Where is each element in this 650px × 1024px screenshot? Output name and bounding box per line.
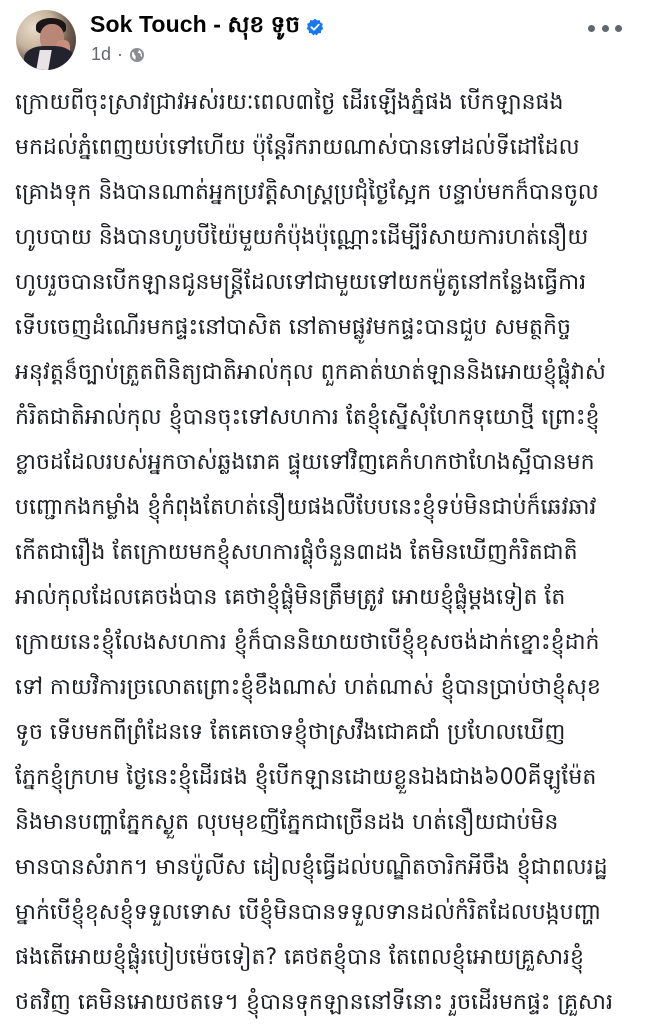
post-text-line: ហូបរួចបានបើកឡានជូនមន្រ្តីដែលទៅជាមួយទៅយកម… bbox=[15, 260, 640, 305]
post-text-line: ម្នាក់បើខ្ញុំខុសខ្ញុំទទួលទោស បើខ្ញុំមិនប… bbox=[15, 890, 640, 935]
more-horizontal-icon-dot bbox=[588, 25, 595, 32]
post-text-line: ថតវិញ គេមិនអោយថតទេ។ ខ្ញុំបានទុកឡាននៅទីនោ… bbox=[15, 980, 640, 1024]
post-text-line: ហូបបាយ និងបានហូបបីយ៉ៃមួយកំប៉ុងប៉ុណ្ណោះដើ… bbox=[15, 215, 640, 260]
more-horizontal-icon-dot bbox=[615, 25, 622, 32]
post-text-line: ក្រោយនេះខ្ញុំលែងសហការ ខ្ញុំក៏បាននិយាយថាប… bbox=[15, 620, 640, 665]
avatar[interactable] bbox=[16, 10, 76, 70]
author-name[interactable]: Sok Touch - សុខ ទូច bbox=[90, 11, 300, 44]
post-timestamp[interactable]: 1d bbox=[91, 44, 111, 65]
post-text-line: និងមានបញ្ហាភ្នែកស្ងួត លុបមុខញីភ្នែកជាច្រ… bbox=[15, 800, 640, 845]
globe-icon[interactable] bbox=[129, 47, 145, 63]
post-text-line: បញ្ជោកងកម្លាំង ខ្ញុំកំពុងតែហត់នឿយផងលឺបែប… bbox=[15, 485, 640, 530]
post-text-line: ទើបចេញដំណើរមកផ្ទះនៅបាសិត នៅតាមផ្លូវមកផ្ទ… bbox=[15, 305, 640, 350]
author-row: Sok Touch - សុខ ទូច bbox=[90, 12, 324, 42]
post-text-line: ខ្លាចដដែលរបស់អ្នកចាស់ឆ្លងរោគ ផ្ទុយទៅវិញគ… bbox=[15, 440, 640, 485]
post-text-line: មានបានសំរាក។ មានប៉ូលីស ដៀលខ្ញុំធ្វើដល់បណ… bbox=[15, 845, 640, 890]
post-text-line: អនុវត្តន៏ច្បាប់ត្រួតពិនិត្យជាតិអាល់កុល ព… bbox=[15, 350, 640, 395]
more-options-button[interactable] bbox=[588, 18, 622, 38]
post-text-line: ទូច ទើបមកពីព្រំដែនទេ តែគេចោទខ្ញុំថាស្រវឹ… bbox=[15, 710, 640, 755]
more-horizontal-icon-dot bbox=[602, 25, 609, 32]
post-header: Sok Touch - សុខ ទូច 1d · bbox=[0, 0, 650, 80]
post-text-line: ទៅ កាយវិការច្រលោតព្រោះខ្ញុំខឹងណាស់ ហត់ណា… bbox=[15, 665, 640, 710]
post-text-line: ផងតើអោយខ្ញុំផ្លុំរបៀបម៉េចទៀត? គេថតខ្ញុំប… bbox=[15, 935, 640, 980]
post-text-line: អាល់កុលដែលគេចង់បាន គេថាខ្ញុំផ្លុំមិនត្រឹ… bbox=[15, 575, 640, 620]
meta-separator: · bbox=[117, 44, 123, 65]
post-text-line: ភ្នែកខ្ញុំក្រហម ថ្ងៃនេះខ្ញុំដើរផង ខ្ញុំប… bbox=[15, 755, 640, 800]
post-text-line: កើតជារឿង តែក្រោយមកខ្ញុំសហការផ្លុំចំនួន៣ដ… bbox=[15, 530, 640, 575]
post-body-text: ក្រោយពីចុះស្រាវជ្រាវអស់រយៈពេល៣ថ្ងៃ ដើរឡើ… bbox=[15, 80, 640, 1024]
post-text-line: ក្រោយពីចុះស្រាវជ្រាវអស់រយៈពេល៣ថ្ងៃ ដើរឡើ… bbox=[15, 80, 640, 125]
post-text-line: មកដល់ភ្នំពេញយប់ទៅហើយ ប៉ុន្តែរីករាយណាស់បា… bbox=[15, 125, 640, 170]
verified-badge-icon bbox=[306, 18, 324, 36]
post-text-line: កំរិតជាតិអាល់កុល ខ្ញុំបានចុះទៅសហការ តែខ្… bbox=[15, 395, 640, 440]
post-meta: 1d · bbox=[91, 44, 145, 65]
post-text-line: គ្រោងទុក និងបានណាត់អ្នកប្រវត្តិសាស្រ្តប្… bbox=[15, 170, 640, 215]
